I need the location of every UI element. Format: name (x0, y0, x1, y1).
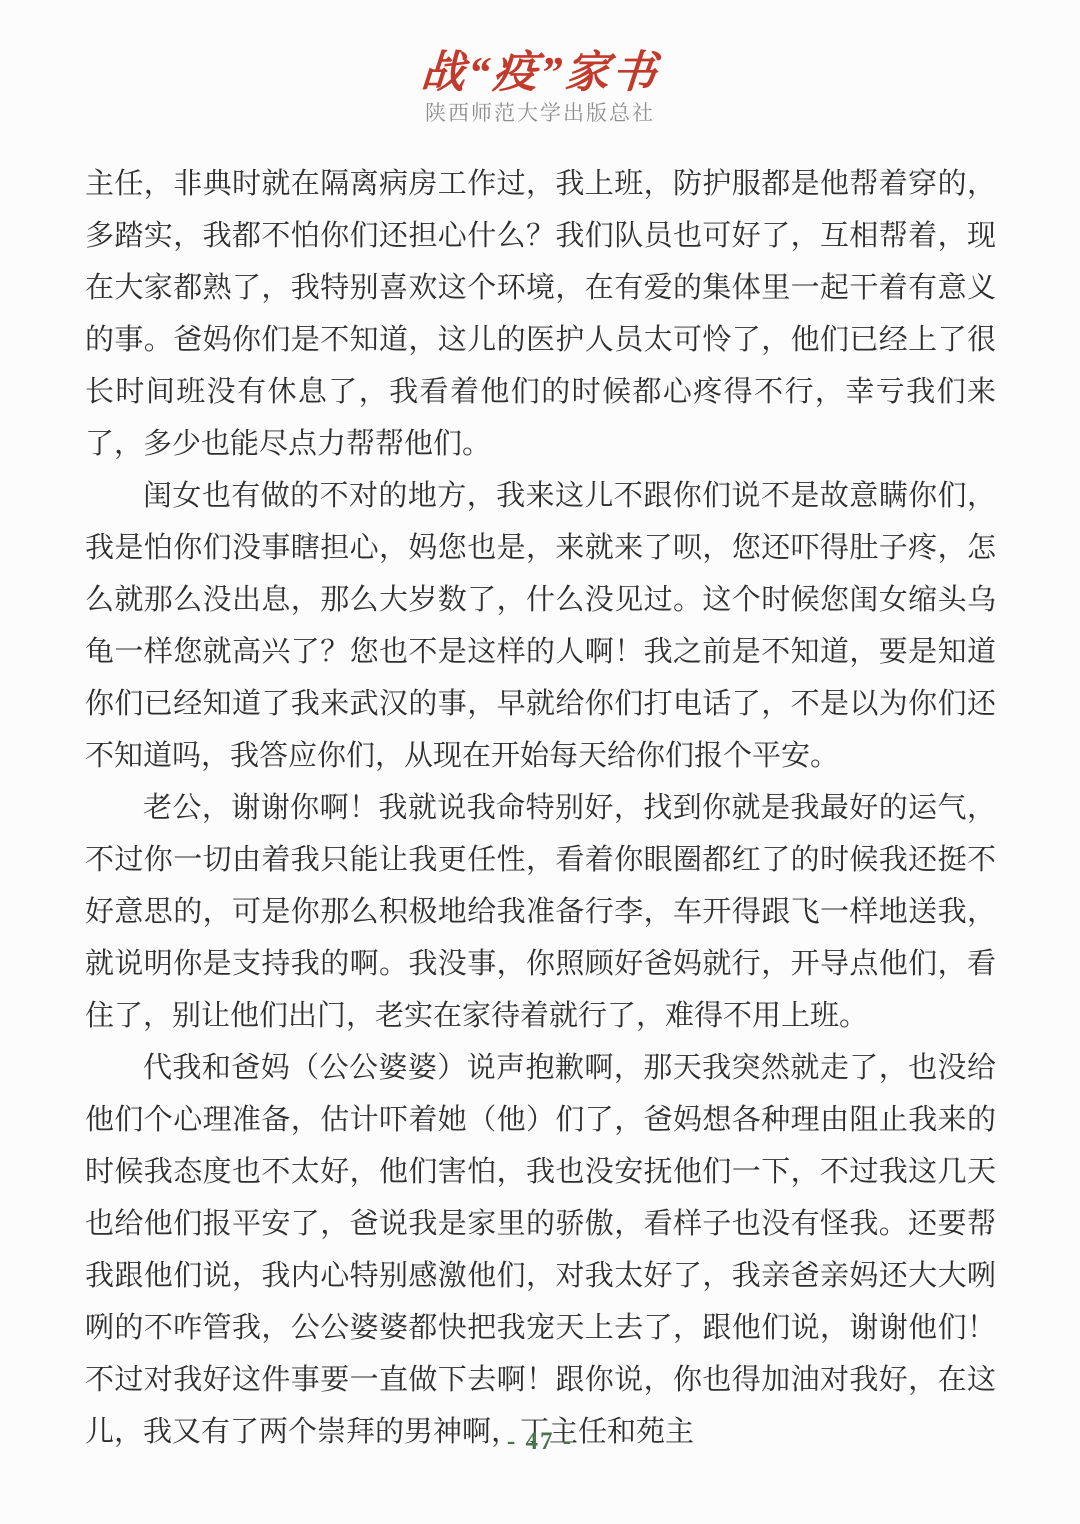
page-footer: - 47 - (0, 1428, 1080, 1456)
publisher-header: 战“疫”家书 陕西师范大学出版总社 (0, 48, 1080, 127)
letter-paragraph: 闺女也有做的不对的地方，我来这儿不跟你们说不是故意瞒你们，我是怕你们没事瞎担心，… (85, 470, 996, 782)
publisher-name: 陕西师范大学出版总社 (0, 101, 1080, 127)
page-number: - 47 - (507, 1428, 573, 1455)
letter-paragraph: 主任，非典时就在隔离病房工作过，我上班，防护服都是他帮着穿的，多踏实，我都不怕你… (85, 158, 996, 470)
book-series-logo: 战“疫”家书 (0, 48, 1080, 98)
book-page: 战“疫”家书 陕西师范大学出版总社 主任，非典时就在隔离病房工作过，我上班，防护… (0, 0, 1080, 1524)
letter-body-text: 主任，非典时就在隔离病房工作过，我上班，防护服都是他帮着穿的，多踏实，我都不怕你… (85, 158, 996, 1458)
letter-paragraph: 老公，谢谢你啊！我就说我命特别好，找到你就是我最好的运气，不过你一切由着我只能让… (85, 782, 996, 1042)
letter-paragraph: 代我和爸妈（公公婆婆）说声抱歉啊，那天我突然就走了，也没给他们个心理准备，估计吓… (85, 1042, 996, 1458)
